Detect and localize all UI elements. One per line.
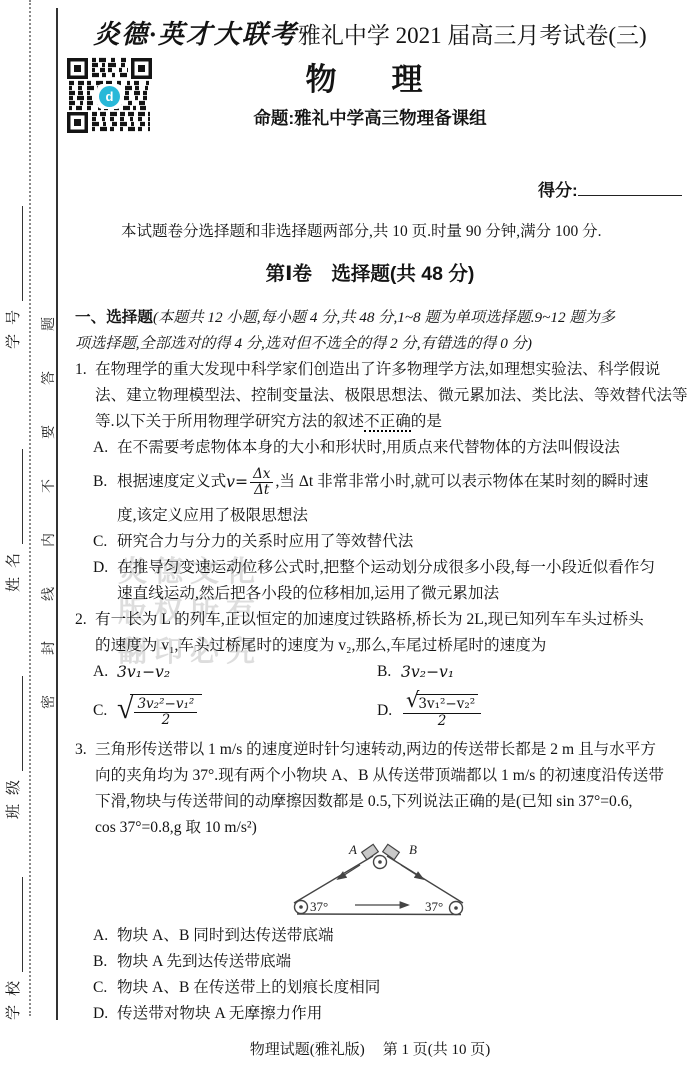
- q2-options-row-cd: C. √ 3v₂²−v₁²2 D. √3v₁²−v₂² 2: [75, 685, 691, 737]
- class-label: 班级: [2, 771, 23, 819]
- seal-dotted-line: [29, 0, 31, 1016]
- q1-stem-line-2: 法、建立物理模型法、控制变量法、极限思想法、微元累加法、类比法、等效替代法等: [75, 383, 691, 409]
- q1-option-c: C.研究合力与分力的关系时应用了等效替代法: [75, 529, 691, 555]
- q1-option-d: D.在推导匀变速运动位移公式时,把整个运动划分成很多小段,每一小段近似看作匀: [75, 555, 691, 581]
- q2-number: 2.: [75, 607, 95, 633]
- page-footer: 物理试题(雅礼版)第 1 页(共 10 页): [45, 1038, 695, 1059]
- q2-option-c-fraction: 3v₂²−v₁²2: [134, 697, 197, 728]
- q2-option-c-radical: √ 3v₂²−v₁²2: [117, 694, 202, 728]
- directions-line-1: 一、选择题(本题共 12 小题,每小题 4 分,共 48 分,1~8 题为单项选…: [75, 305, 691, 331]
- q1-option-c-text: 研究合力与分力的关系时应用了等效替代法: [117, 533, 413, 550]
- q3-stem-line-1: 3.三角形传送带以 1 m/s 的速度逆时针匀速转动,两边的传送带长都是 2 m…: [75, 737, 691, 763]
- q3-option-a-text: 物块 A、B 同时到达传送带底端: [117, 927, 334, 944]
- name-blank-line: [18, 449, 23, 544]
- subject-title: 物 理: [45, 54, 695, 99]
- q1-option-a-text: 在不需要考虑物体本身的大小和形状时,用质点来代替物体的方法叫假设法: [117, 439, 620, 456]
- q1-option-a-label: A.: [93, 435, 117, 461]
- q3-option-d: D.传送带对物块 A 无摩擦力作用: [75, 1001, 691, 1027]
- directions-line-2: 项选择题,全部选对的得 4 分,选对但不选全的得 2 分,有错选的得 0 分): [75, 331, 691, 357]
- q3-number: 3.: [75, 737, 95, 763]
- fraction-denominator: 2: [435, 714, 450, 729]
- brand-calligraphy-text: 炎德·英才大联考: [93, 20, 298, 49]
- q1-option-b-cont: 度,该定义应用了极限思想法: [75, 503, 691, 529]
- q2-option-a-formula: 3v₁−v₂: [117, 659, 170, 685]
- q1-option-d-text: 在推导匀变速运动位移公式时,把整个运动划分成很多小段,每一小段近似看作匀: [117, 559, 655, 576]
- q1-option-d-label: D.: [93, 555, 117, 581]
- question-3: 3.三角形传送带以 1 m/s 的速度逆时针匀速转动,两边的传送带长都是 2 m…: [75, 737, 691, 1027]
- exam-paper-page: 炎德文化 版权所有 翻印必究 学校 班级 姓名 学号 密封线内不要答题 炎德·英…: [0, 0, 700, 1072]
- q1-option-a: A.在不需要考虑物体本身的大小和形状时,用质点来代替物体的方法叫假设法: [75, 435, 691, 461]
- q1-stem-line-1: 1.在物理学的重大发现中科学家们创造出了许多物理学方法,如理想实验法、科学假说: [75, 357, 691, 383]
- q3-stem-line-4: cos 37°=0.8,g 取 10 m/s²): [75, 815, 691, 841]
- q2-stem-text-1: 有一长为 L 的列车,正以恒定的加速度过铁路桥,桥长为 2L,现已知列车车头过桥…: [95, 611, 644, 628]
- right-angle-label: 37°: [425, 899, 443, 914]
- fraction-denominator: 2: [159, 713, 174, 728]
- q2-options-row-ab: A.3v₁−v₂ B.3v₂−v₁: [75, 659, 691, 685]
- q2-option-d-fraction: √3v₁²−v₂² 2: [403, 693, 481, 729]
- conveyor-belt-diagram: A B 37° 37°: [75, 841, 691, 923]
- directions-text-1: (本题共 12 小题,每小题 4 分,共 48 分,1~8 题为单项选择题.9~…: [153, 309, 615, 326]
- q3-stem-line-2: 向的夹角均为 37°.现有两个小物块 A、B 从传送带顶端都以 1 m/s 的初…: [75, 763, 691, 789]
- q1-stem-text-3: 等.以下关于所用物理学研究方法的叙述: [95, 413, 364, 430]
- score-label: 得分:: [538, 181, 578, 200]
- q2-option-b-label: B.: [377, 659, 401, 685]
- block-b-label: B: [409, 842, 417, 857]
- q1-option-b-cont-text: 度,该定义应用了极限思想法: [117, 507, 308, 524]
- radicand: 3v₂²−v₁²2: [130, 694, 202, 728]
- block-a-label: A: [348, 842, 357, 857]
- fraction-denominator: Δt: [251, 483, 272, 498]
- seal-line-text: 密封线内不要答题: [38, 10, 54, 1072]
- q3-option-c-text: 物块 A、B 在传送带上的划痕长度相同: [117, 979, 380, 996]
- q3-stem-line-3: 下滑,物块与传送带间的动摩擦因数都是 0.5,下列说法正确的是(已知 sin 3…: [75, 789, 691, 815]
- q1-option-c-label: C.: [93, 529, 117, 555]
- exam-instructions: 本试题卷分选择题和非选择题两部分,共 10 页.时量 90 分钟,满分 100 …: [75, 219, 689, 241]
- q3-option-a: A.物块 A、B 同时到达传送带底端: [75, 923, 691, 949]
- q2-option-b-formula: 3v₂−v₁: [401, 659, 454, 685]
- student-number-blank-group: 学号: [2, 206, 23, 349]
- q1-stem-text-3b: 的是: [411, 413, 442, 430]
- setter-line: 命题:雅礼中学高三物理备课组: [45, 105, 695, 130]
- radical-sign: √: [406, 691, 419, 710]
- q1-option-b-label: B.: [93, 469, 117, 495]
- q1-stem-line-3: 等.以下关于所用物理学研究方法的叙述不正确的是: [75, 409, 691, 435]
- q1-number: 1.: [75, 357, 95, 383]
- q1-emphasized-text: 不正确: [364, 413, 411, 432]
- question-2: 2.有一长为 L 的列车,正以恒定的加速度过铁路桥,桥长为 2L,现已知列车车头…: [75, 607, 691, 737]
- q2-option-a: A.3v₁−v₂: [93, 659, 377, 685]
- q3-option-d-text: 传送带对物块 A 无摩擦力作用: [117, 1005, 322, 1022]
- velocity-formula-lhs: v=: [226, 469, 248, 495]
- q2-stem-line-2: 的速度为 v₁,车头过桥尾时的速度为 v₂,那么,车尾过桥尾时的速度为: [75, 633, 691, 659]
- q1-option-b-pre: 根据速度定义式: [117, 469, 226, 495]
- fraction-numerator: Δx: [250, 467, 273, 483]
- q3-option-d-label: D.: [93, 1001, 117, 1027]
- q2-option-c-label: C.: [93, 698, 117, 724]
- q2-option-d: D. √3v₁²−v₂² 2: [377, 693, 483, 729]
- q2-option-d-radical: √3v₁²−v₂²: [406, 693, 478, 712]
- q2-option-a-label: A.: [93, 659, 117, 685]
- question-area: 一、选择题(本题共 12 小题,每小题 4 分,共 48 分,1~8 题为单项选…: [75, 305, 691, 1027]
- class-blank-group: 班级: [2, 676, 23, 819]
- q1-option-d-cont: 速直线运动,然后把各小段的位移相加,运用了微元累加法: [75, 581, 691, 607]
- footer-paper-name: 物理试题(雅礼版): [250, 1042, 365, 1058]
- name-blank-group: 姓名: [2, 449, 23, 592]
- student-number-label: 学号: [2, 301, 23, 349]
- school-label: 学校: [2, 972, 23, 1020]
- directions-lead: 一、选择题: [75, 309, 153, 326]
- q1-option-b-post: ,当 Δt 非常非常小时,就可以表示物体在某时刻的瞬时速: [275, 469, 648, 495]
- fraction-numerator: 3v₂²−v₁²: [134, 697, 197, 713]
- radical-sign: √: [117, 695, 133, 722]
- q1-option-b: B.根据速度定义式 v=ΔxΔt,当 Δt 非常非常小时,就可以表示物体在某时刻…: [75, 461, 691, 503]
- q2-option-c: C. √ 3v₂²−v₁²2: [93, 694, 377, 728]
- radicand: 3v₁²−v₂²: [416, 694, 478, 712]
- class-blank-line: [18, 676, 23, 771]
- section-title: 第Ⅰ卷 选择题(共 48 分): [45, 258, 695, 286]
- q3-stem-text-1: 三角形传送带以 1 m/s 的速度逆时针匀速转动,两边的传送带长都是 2 m 且…: [95, 741, 656, 758]
- school-blank-group: 学校: [2, 877, 23, 1020]
- q1-option-d-cont-text: 速直线运动,然后把各小段的位移相加,运用了微元累加法: [117, 585, 499, 602]
- q3-option-b-text: 物块 A 先到达传送带底端: [117, 953, 291, 970]
- q3-option-c-label: C.: [93, 975, 117, 1001]
- name-label: 姓名: [2, 544, 23, 592]
- q3-option-b: B.物块 A 先到达传送带底端: [75, 949, 691, 975]
- velocity-formula-fraction: ΔxΔt: [250, 467, 273, 498]
- q2-stem-line-1: 2.有一长为 L 的列车,正以恒定的加速度过铁路桥,桥长为 2L,现已知列车车头…: [75, 607, 691, 633]
- fraction-numerator: √3v₁²−v₂²: [403, 693, 481, 714]
- q1-stem-text-1: 在物理学的重大发现中科学家们创造出了许多物理学方法,如理想实验法、科学假说: [95, 361, 660, 378]
- school-blank-line: [18, 877, 23, 972]
- student-info-blanks: 学校 班级 姓名 学号: [3, 10, 23, 1072]
- exam-title-text: 雅礼中学 2021 届高三月考试卷(三): [298, 23, 647, 48]
- exam-header-title: 炎德·英才大联考雅礼中学 2021 届高三月考试卷(三): [45, 14, 695, 51]
- question-1: 1.在物理学的重大发现中科学家们创造出了许多物理学方法,如理想实验法、科学假说 …: [75, 357, 691, 607]
- student-number-blank-line: [18, 206, 23, 301]
- footer-page-number: 第 1 页(共 10 页): [383, 1042, 491, 1058]
- q3-option-b-label: B.: [93, 949, 117, 975]
- left-angle-label: 37°: [310, 899, 328, 914]
- q3-option-a-label: A.: [93, 923, 117, 949]
- q2-option-b: B.3v₂−v₁: [377, 659, 454, 685]
- q3-option-c: C.物块 A、B 在传送带上的划痕长度相同: [75, 975, 691, 1001]
- score-blank-line: [578, 181, 682, 196]
- score-field: 得分:: [538, 176, 682, 201]
- q2-option-d-label: D.: [377, 698, 401, 724]
- velocity-arrows: [338, 865, 423, 905]
